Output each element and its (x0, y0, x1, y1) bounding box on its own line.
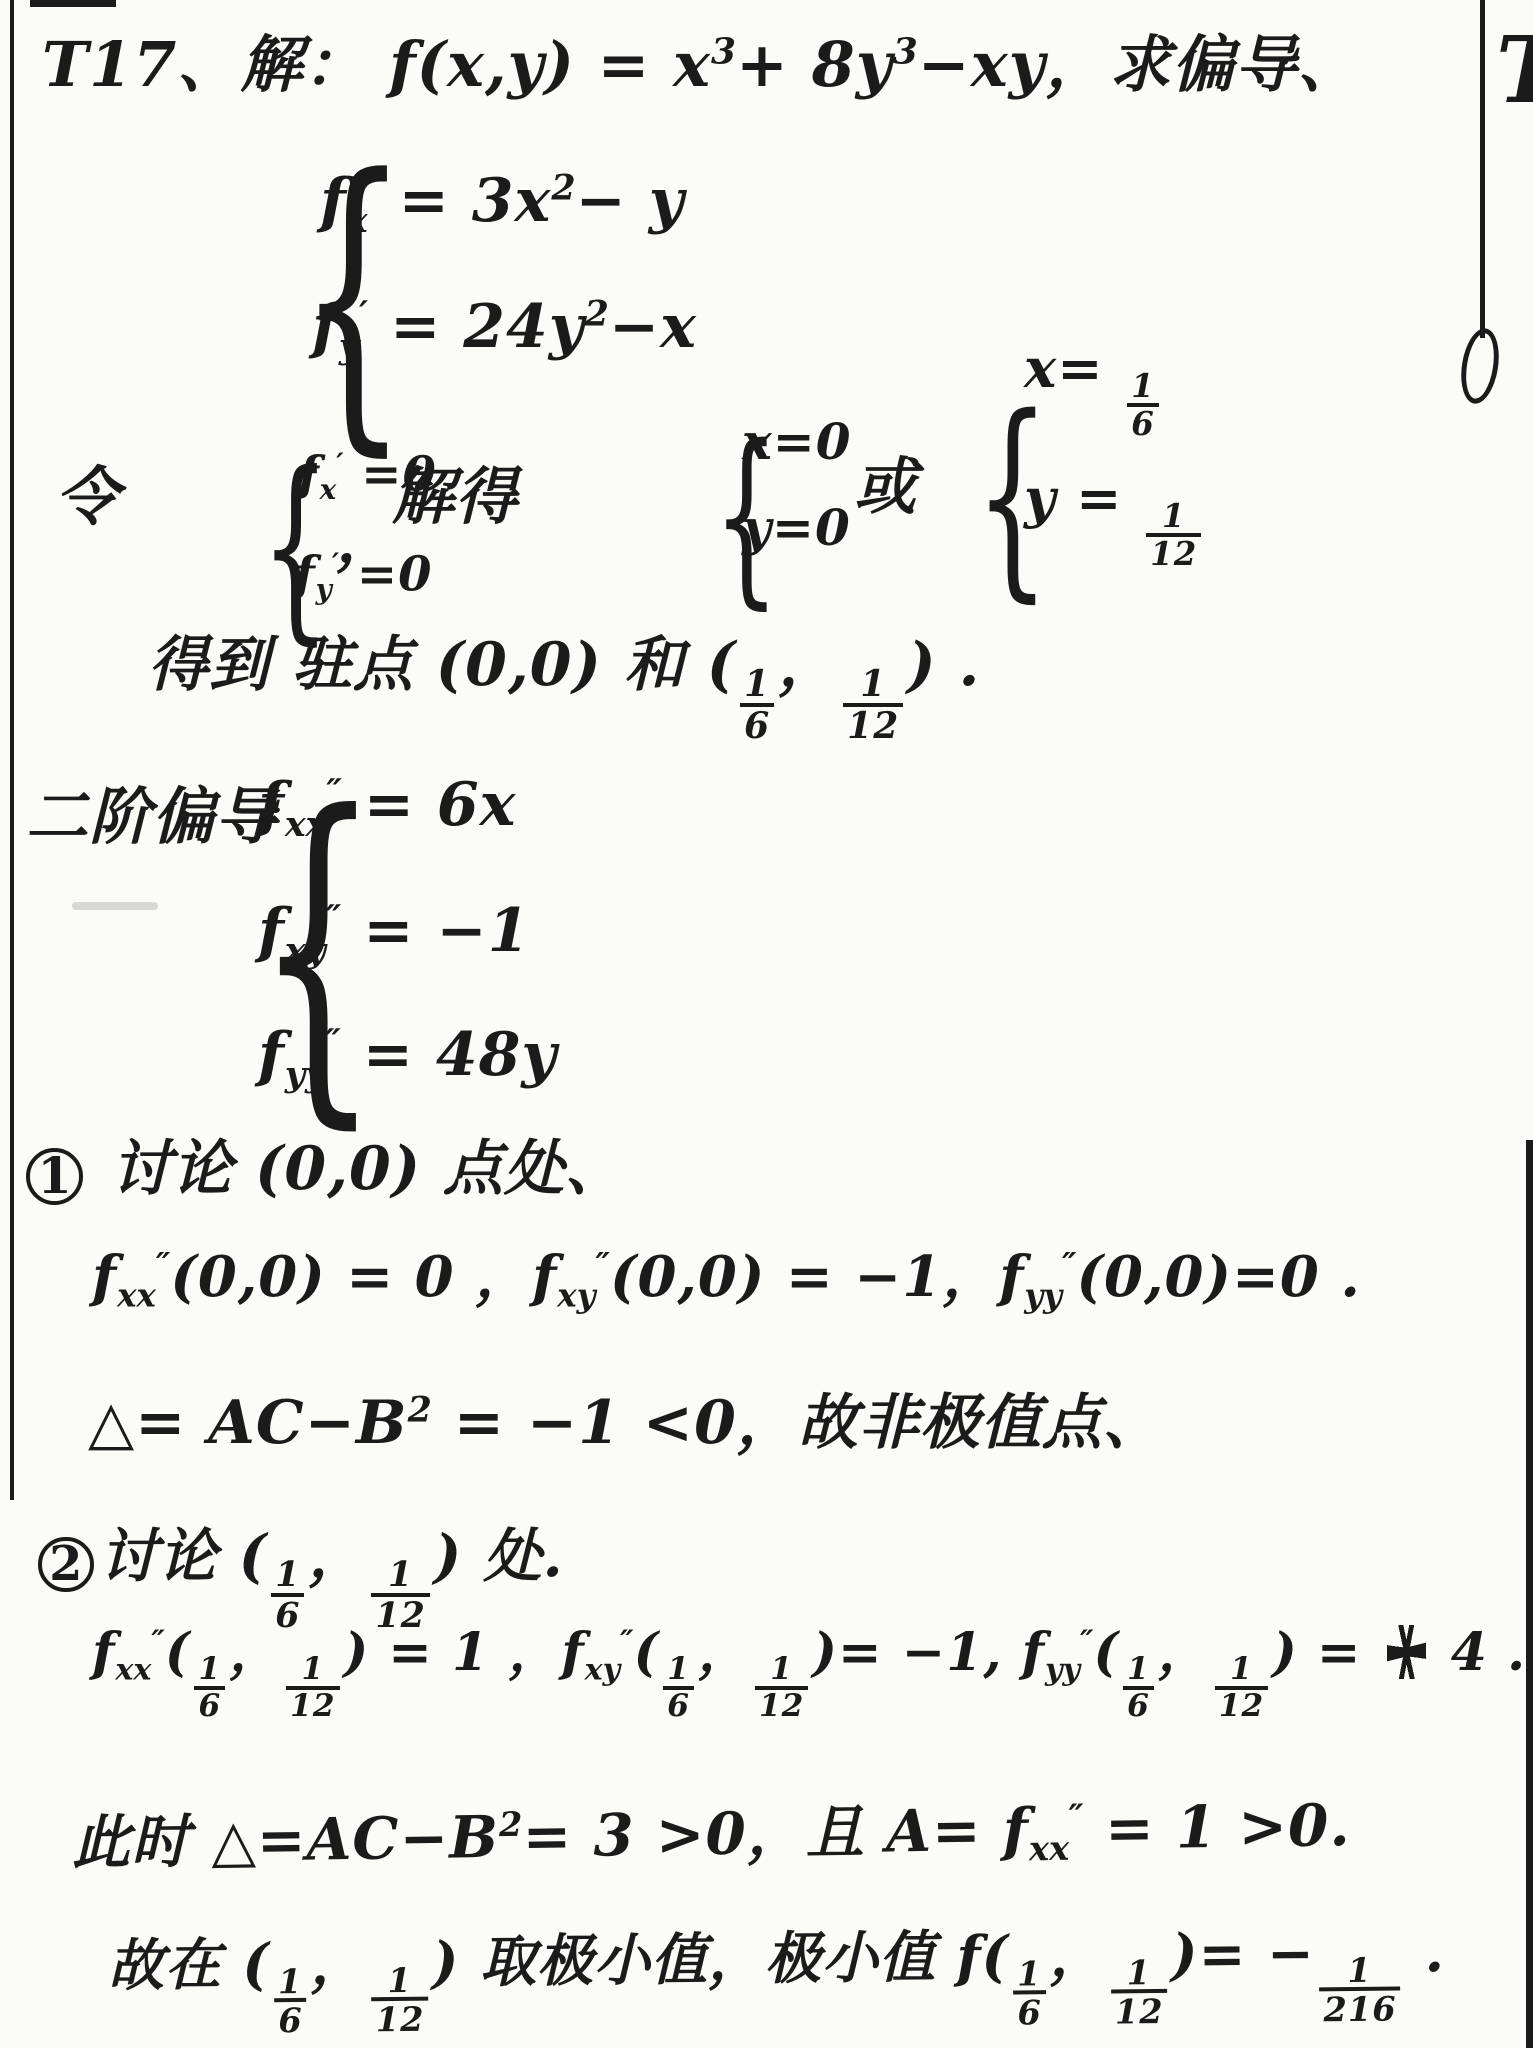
text-run: f (92, 1622, 115, 1683)
problem-statement: T17、解： f(x,y) = x3+ 8y3−xy，求偏导、 (42, 30, 1361, 99)
subscript: xx (285, 804, 327, 845)
text-run: ， (310, 1930, 368, 1997)
text-run: 讨论 (0,0) 点处、 (89, 1134, 626, 1204)
solution-y-twelfth: y = 112 (1024, 468, 1205, 571)
text-run: ) 取极小值，极小值 f( (432, 1924, 1010, 1996)
case2-delta: 此时 △=AC−B2= 3 >0，且 A= fxx″ = 1 >0. (72, 1793, 1352, 1881)
corner-letter: T (1496, 16, 1533, 124)
fraction-numerator: 1 (271, 1557, 304, 1592)
text-run: + 8y (736, 28, 893, 101)
case1-values: fxx″(0,0) = 0 ，fxy″(0,0) = −1，fyy″(0,0)=… (92, 1246, 1361, 1314)
subscript: yy (1024, 1276, 1062, 1314)
fraction: 1216 (1319, 1953, 1401, 2027)
fraction-denominator: 6 (1127, 403, 1159, 441)
text-run: )= − (1171, 1920, 1316, 1988)
fraction-denominator: 6 (663, 1686, 694, 1723)
fraction: 112 (1215, 1654, 1268, 1723)
subscript: yy (1045, 1653, 1080, 1688)
text-run: −xy，求偏导、 (918, 28, 1361, 101)
text-run: −x (609, 292, 697, 362)
superscript: 2 (499, 1804, 523, 1844)
text-run: f (320, 166, 347, 236)
fraction-denominator: 12 (1215, 1686, 1268, 1723)
fraction-numerator: 1 (1127, 370, 1159, 403)
circled-number: 2 (38, 1537, 94, 1593)
text-run: = 3x (377, 166, 552, 236)
text-run: 令 (55, 460, 120, 535)
subscript: xy (557, 1276, 595, 1314)
case1-title: 1 讨论 (0,0) 点处、 (26, 1136, 626, 1205)
subscript: x (320, 473, 337, 506)
let-label: 令 (55, 462, 120, 534)
fraction-numerator: 1 (1013, 1956, 1046, 1991)
solution-x-sixth: x= 16 (1024, 338, 1163, 441)
text-run: )= −1, f (812, 1622, 1045, 1683)
fraction: 112 (843, 666, 903, 744)
text-run: ( (165, 1622, 191, 1683)
fraction-denominator: 12 (755, 1686, 808, 1723)
fraction-numerator: 1 (194, 1654, 225, 1686)
text-run: = −1 (341, 896, 530, 966)
text-run: 得到 驻点 (0,0) 和 ( (148, 630, 736, 700)
fraction: 112 (1110, 1955, 1168, 2029)
superscript: ″ (325, 1021, 341, 1062)
fraction: 112 (755, 1654, 808, 1723)
text-run: ( (634, 1622, 660, 1683)
text-run: = 3 >0，且 A= f (522, 1796, 1029, 1871)
text-run: ， (229, 1622, 282, 1683)
text-run: ) = (1272, 1622, 1380, 1683)
fyy-equation: fyy″ = 48y (258, 1022, 557, 1095)
top-edge-line (30, 0, 116, 7)
fraction-numerator: 1 (1123, 1654, 1154, 1686)
text-run: = 6x (342, 770, 517, 840)
superscript: ″ (151, 1624, 164, 1659)
solution-x-zero: x=0 (742, 414, 852, 470)
fraction-denominator: 6 (274, 1998, 307, 2038)
subscript: x (347, 200, 368, 241)
fraction-denominator: 12 (1111, 1989, 1168, 2029)
subscript: xx (117, 1276, 156, 1314)
text-run: = 48y (341, 1020, 557, 1090)
text-run: ) . (907, 630, 980, 700)
fraction: 16 (194, 1654, 225, 1723)
fraction: 112 (1146, 500, 1201, 571)
text-run: ， (1049, 1923, 1107, 1990)
text-run: f (258, 896, 285, 966)
text-run: f (298, 446, 320, 502)
text-run: (0,0) = 0 ，f (170, 1244, 557, 1310)
fraction-numerator: 1 (766, 1654, 797, 1686)
fraction-numerator: 1 (383, 1963, 416, 1998)
fraction: 16 (1123, 1654, 1154, 1723)
text-run: y=0 (742, 498, 851, 557)
fraction-denominator: 12 (286, 1686, 339, 1723)
superscript: 2 (551, 167, 575, 208)
text-run: x= (1024, 336, 1123, 400)
text-run: ， (1158, 1622, 1211, 1683)
text-run: . (1404, 1919, 1446, 1985)
text-run: ， (336, 506, 397, 576)
subscript: yy (285, 1054, 325, 1095)
text-run: 4 . (1432, 1622, 1527, 1683)
superscript: ″ (1080, 1624, 1093, 1659)
superscript: 2 (408, 1389, 432, 1430)
superscript: ′ (336, 447, 343, 480)
fraction-denominator: 6 (194, 1686, 225, 1723)
fraction-numerator: 1 (1122, 1955, 1155, 1990)
fraction: 112 (286, 1654, 339, 1723)
fraction-denominator: 216 (1319, 1987, 1401, 2027)
superscript: ″ (1068, 1796, 1084, 1836)
fraction-numerator: 1 (384, 1557, 417, 1592)
superscript: 3 (711, 31, 736, 73)
comma-separator: ， (336, 508, 397, 575)
fraction-numerator: 1 (740, 666, 774, 703)
fraction-numerator: 1 (1158, 500, 1190, 533)
divider-end-loop (1456, 326, 1503, 407)
case2-values: fxx″(16，112) = 1 ，fxy″(16，112)= −1, fyy″… (92, 1624, 1526, 1723)
circled-number: 1 (26, 1148, 83, 1205)
superscript: ′ (359, 293, 368, 334)
fraction-numerator: 1 (298, 1654, 329, 1686)
fraction-denominator: 6 (740, 703, 774, 745)
fraction: 16 (740, 666, 774, 744)
fraction-numerator: 1 (274, 1964, 307, 1999)
text-run: 讨论 ( (100, 1522, 268, 1590)
left-margin-line (10, 0, 14, 1500)
text-run: ， (308, 1522, 367, 1590)
fraction: 16 (663, 1654, 694, 1723)
superscript: 2 (585, 293, 609, 334)
subscript: y (339, 326, 359, 367)
text-run: f (92, 1244, 117, 1310)
fraction-numerator: 1 (856, 666, 890, 703)
superscript: ″ (326, 771, 342, 812)
fraction-numerator: 1 (663, 1654, 694, 1686)
text-run: = 24y (368, 292, 584, 362)
text-run: 解得 (392, 460, 518, 533)
superscript: ″ (620, 1624, 633, 1659)
text-run: (0,0)=0 . (1077, 1244, 1361, 1310)
superscript: 3 (893, 31, 918, 73)
fxy-equation: fxy″ = −1 (258, 898, 530, 971)
scribble-crossout-icon (1387, 1625, 1426, 1680)
subscript: xy (585, 1653, 621, 1688)
second-order-label: 二阶偏导 (26, 782, 278, 851)
text-run: 故在 ( (107, 1931, 270, 1999)
fraction-numerator: 1 (1226, 1654, 1257, 1686)
text-run: y = (1024, 466, 1142, 530)
text-run: 此时 △=AC−B (72, 1803, 500, 1877)
right-page-edge (1526, 1140, 1533, 2048)
text-run: △= AC−B (88, 1388, 408, 1458)
conclusion-line: 故在 (16，112) 取极小值，极小值 f(16，112)= −1216 . (107, 1921, 1445, 2040)
subscript: xx (115, 1653, 151, 1688)
fraction-numerator: 1 (1343, 1953, 1376, 1988)
text-run: ， (778, 630, 839, 700)
fraction: 16 (1127, 370, 1159, 441)
fx-equation: fx′ = 3x2− y (320, 168, 685, 241)
superscript: ′ (368, 167, 377, 208)
notebook-page: T T17、解： f(x,y) = x3+ 8y3−xy，求偏导、 { fx′ … (0, 0, 1533, 2048)
text-run: f (258, 770, 285, 840)
superscript: ″ (1062, 1246, 1077, 1284)
text-run: − y (576, 166, 685, 236)
subscript: xx (1029, 1828, 1070, 1869)
fraction-denominator: 12 (1146, 533, 1201, 571)
solution-y-zero: y=0 (742, 500, 851, 556)
fraction-denominator: 12 (372, 1997, 429, 2037)
text-run: = −1 <0，故非极值点、 (432, 1388, 1164, 1458)
case1-delta: △= AC−B2 = −1 <0，故非极值点、 (88, 1390, 1164, 1457)
fraction: 16 (1013, 1956, 1046, 2030)
text-run: 或 (854, 450, 917, 523)
fraction-denominator: 6 (1013, 1991, 1046, 2031)
text-run: f (294, 546, 316, 602)
text-run: f (312, 292, 339, 362)
pencil-smudge (72, 902, 158, 910)
or-label: 或 (854, 452, 917, 521)
superscript: ″ (326, 897, 342, 938)
fraction-denominator: 12 (843, 703, 903, 745)
text-run: ) 处. (434, 1522, 564, 1590)
fxx-equation: fxx″ = 6x (258, 772, 516, 845)
right-divider-line (1480, 0, 1485, 338)
text-run: ) = 1 ，f (344, 1622, 585, 1683)
superscript: ″ (595, 1246, 610, 1284)
stationary-points-line: 得到 驻点 (0,0) 和 (16，112) . (148, 632, 980, 744)
text-run: ， (698, 1622, 751, 1683)
superscript: ″ (156, 1246, 171, 1284)
text-run: x=0 (742, 412, 852, 471)
case2-title: 2讨论 (16，112) 处. (38, 1524, 564, 1633)
text-run: 二阶偏导 (26, 780, 278, 853)
subscript: y (316, 573, 332, 606)
subscript: xy (285, 930, 326, 971)
fraction-denominator: 6 (1123, 1686, 1154, 1723)
text-run: ( (1093, 1622, 1119, 1683)
text-run: f (258, 1020, 285, 1090)
fraction: 16 (274, 1964, 307, 2038)
solve-label: 解得 (392, 462, 518, 531)
text-run: T17、解： f(x,y) = x (42, 28, 711, 101)
text-run: (0,0) = −1，f (610, 1244, 1024, 1310)
fy-equation: fy′ = 24y2−x (312, 294, 697, 367)
text-run: = 1 >0. (1083, 1791, 1351, 1863)
fraction: 112 (371, 1963, 429, 2037)
